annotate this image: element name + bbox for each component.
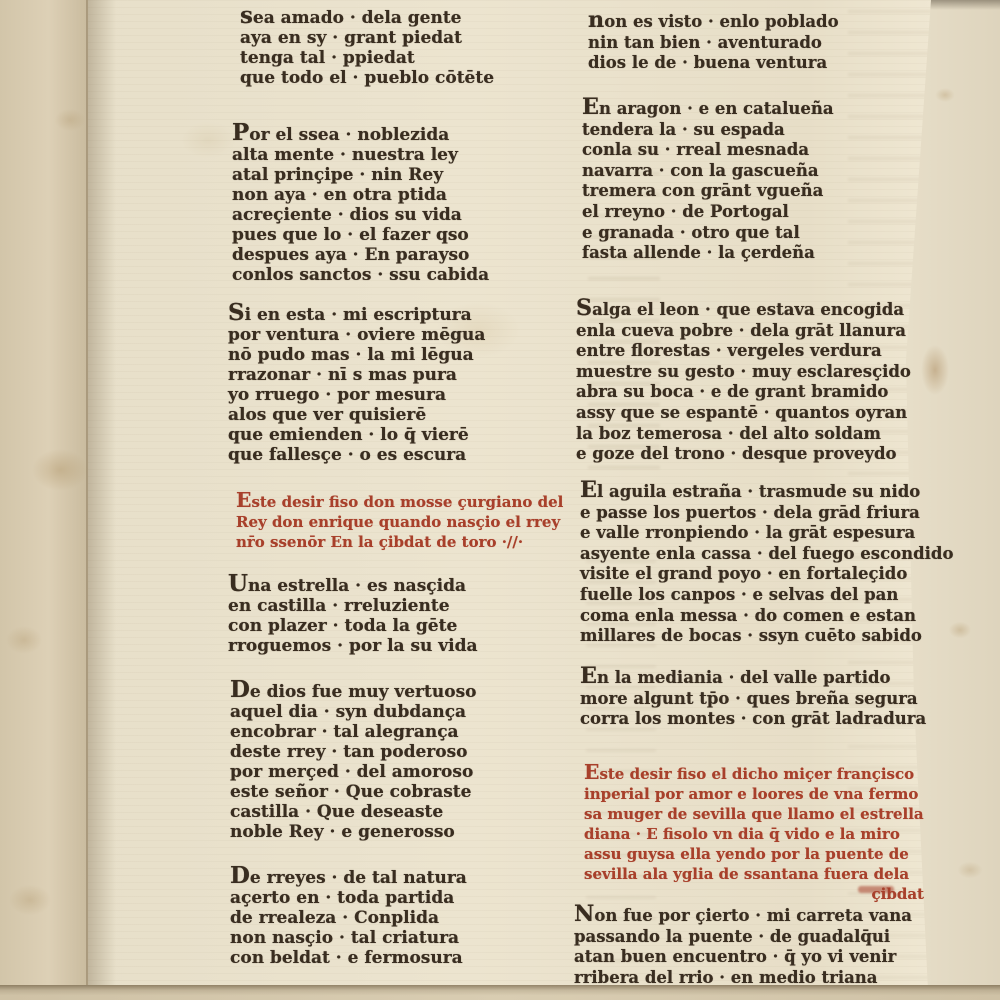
text-line: passando la puente · de guadalq̄ui: [574, 927, 912, 948]
text-line: sea amado · dela gente: [240, 6, 494, 28]
text-line: despues aya · En parayso: [232, 245, 489, 265]
text-line: en castilla · rreluziente: [228, 596, 478, 616]
text-line: corra los montes · con grāt ladradura: [580, 709, 926, 730]
text-line: non nasçio · tal criatura: [230, 928, 467, 948]
text-line: alos que ver quisierē: [228, 405, 485, 425]
text-line: Rey don enrique quando nasçio el rrey: [236, 512, 563, 532]
text-line: que todo el · pueblo cōtēte: [240, 68, 494, 88]
text-line: atal prinçipe · nin Rey: [232, 165, 489, 185]
stanza: Por el ssea · noblezidaalta mente · nues…: [232, 123, 489, 285]
text-line: este señor · Que cobraste: [230, 782, 476, 802]
text-line: En aragon · e en catalueña: [582, 97, 834, 120]
stanza: Si en esta · mi escripturapor ventura · …: [228, 303, 485, 465]
text-line: nr̄o ssenōr En la çibdat de toro ·//·: [236, 532, 563, 552]
text-line: inperial por amor e loores de vna fermo: [584, 784, 924, 804]
top-right-shadow: [930, 0, 1000, 10]
gutter-shadow: [86, 0, 116, 1000]
text-line: rroguemos · por la su vida: [228, 636, 478, 656]
text-line: dios le de · buena ventura: [588, 53, 839, 74]
text-line: coma enla messa · do comen e estan: [580, 606, 953, 627]
stanza: Una estrella · es nasçidaen castilla · r…: [228, 574, 478, 656]
text-line: castilla · Que deseaste: [230, 802, 476, 822]
text-line: fasta allende · la çerdeña: [582, 243, 834, 264]
text-line: deste rrey · tan poderoso: [230, 742, 476, 762]
page-bottom-edge: [0, 985, 1000, 1000]
text-line: non aya · en otra ptida: [232, 185, 489, 205]
text-line: encobrar · tal alegrança: [230, 722, 476, 742]
text-line: alta mente · nuestra ley: [232, 145, 489, 165]
text-line: e valle rronpiendo · la grāt espesura: [580, 523, 953, 544]
text-line: asyente enla cassa · del fuego escondido: [580, 544, 953, 565]
stanza: De dios fue muy vertuosoaquel dia · syn …: [230, 680, 476, 842]
stanza: Salga el leon · que estava encogidaenla …: [576, 298, 911, 465]
text-line: con plazer · toda la gēte: [228, 616, 478, 636]
text-line: el rreyno · de Portogal: [582, 202, 834, 223]
text-line: fuelle los canpos · e selvas del pan: [580, 585, 953, 606]
text-line: tenga tal · ppiedat: [240, 48, 494, 68]
text-line: Non fue por çierto · mi carreta vana: [574, 904, 912, 927]
text-line: rrazonar · nī s mas pura: [228, 365, 485, 385]
facing-page-edge: [0, 0, 88, 1000]
text-line: tendera la · su espada: [582, 120, 834, 141]
stanza: En aragon · e en catalueñatendera la · s…: [582, 97, 834, 264]
manuscript-photo: sea amado · dela genteaya en sy · grant …: [0, 0, 1000, 1000]
text-line: Si en esta · mi escriptura: [228, 303, 485, 325]
text-line: conla su · rreal mesnada: [582, 140, 834, 161]
text-line: non es visto · enlo poblado: [588, 10, 839, 33]
text-line: yo rruego · por mesura: [228, 385, 485, 405]
text-line: acreçiente · dios su vida: [232, 205, 489, 225]
rubric: Este desir fiso el dicho miçer françisco…: [584, 762, 924, 904]
text-line: assy que se espantē · quantos oyran: [576, 403, 911, 424]
text-line: por ventura · oviere mēgua: [228, 325, 485, 345]
text-line: atan buen encuentro · q̄ yo vi venir: [574, 947, 912, 968]
text-line: que emienden · lo q̄ vierē: [228, 425, 485, 445]
text-line: Este desir fiso el dicho miçer françisco: [584, 762, 924, 784]
stanza: En la mediania · del valle partidomore a…: [580, 666, 926, 730]
text-line: more algunt tp̄o · ques breña segura: [580, 689, 926, 710]
text-line: Este desir fiso don mosse çurgiano del: [236, 490, 563, 512]
stanza: De rreyes · de tal naturaaçerto en · tod…: [230, 866, 467, 968]
text-line: El aguila estraña · trasmude su nido: [580, 480, 953, 503]
text-line: navarra · con la gascueña: [582, 161, 834, 182]
text-line: enla cueva pobre · dela grāt llanura: [576, 321, 911, 342]
text-line: visite el grand poyo · en fortaleçido: [580, 564, 953, 585]
text-line: la boz temerosa · del alto soldam: [576, 424, 911, 445]
text-line: açerto en · toda partida: [230, 888, 467, 908]
text-line: conlos sanctos · ssu cabida: [232, 265, 489, 285]
text-line: con beldat · e fermosura: [230, 948, 467, 968]
text-line: Una estrella · es nasçida: [228, 574, 478, 596]
stanza: Non fue por çierto · mi carreta vanapass…: [574, 904, 912, 988]
text-line: que fallesçe · o es escura: [228, 445, 485, 465]
text-line: por merçed · del amoroso: [230, 762, 476, 782]
text-line: pues que lo · el fazer qso: [232, 225, 489, 245]
text-line: sevilla ala yglia de ssantana fuera dela: [584, 864, 924, 884]
text-line: e goze del trono · desque proveydo: [576, 444, 911, 465]
stanza: El aguila estraña · trasmude su nidoe pa…: [580, 480, 953, 647]
text-line: Salga el leon · que estava encogida: [576, 298, 911, 321]
text-line: aya en sy · grant piedat: [240, 28, 494, 48]
text-line: e passe los puertos · dela grād friura: [580, 503, 953, 524]
text-line: De rreyes · de tal natura: [230, 866, 467, 888]
text-line: En la mediania · del valle partido: [580, 666, 926, 689]
text-line: nō pudo mas · la mi lēgua: [228, 345, 485, 365]
stanza: non es visto · enlo pobladonin tan bien …: [588, 10, 839, 74]
text-line: tremera con grānt vgueña: [582, 181, 834, 202]
text-line: sa muger de sevilla que llamo el estrell…: [584, 804, 924, 824]
text-line: e granada · otro que tal: [582, 223, 834, 244]
text-line: millares de bocas · ssyn cuēto sabido: [580, 626, 953, 647]
text-line: noble Rey · e generosso: [230, 822, 476, 842]
text-line: nin tan bien · aventurado: [588, 33, 839, 54]
text-line: abra su boca · e de grant bramido: [576, 382, 911, 403]
text-line: assu guysa ella yendo por la puente de: [584, 844, 924, 864]
partial-red-mark: [858, 886, 894, 893]
text-line: Por el ssea · noblezida: [232, 123, 489, 145]
text-line: de rrealeza · Conplida: [230, 908, 467, 928]
stanza: sea amado · dela genteaya en sy · grant …: [240, 6, 494, 88]
text-line: aquel dia · syn dubdança: [230, 702, 476, 722]
rubric: Este desir fiso don mosse çurgiano delRe…: [236, 490, 563, 552]
text-line: De dios fue muy vertuoso: [230, 680, 476, 702]
text-line: muestre su gesto · muy esclaresçido: [576, 362, 911, 383]
text-line: entre florestas · vergeles verdura: [576, 341, 911, 362]
text-line: diana · E fisolo vn dia q̄ vido e la mir…: [584, 824, 924, 844]
